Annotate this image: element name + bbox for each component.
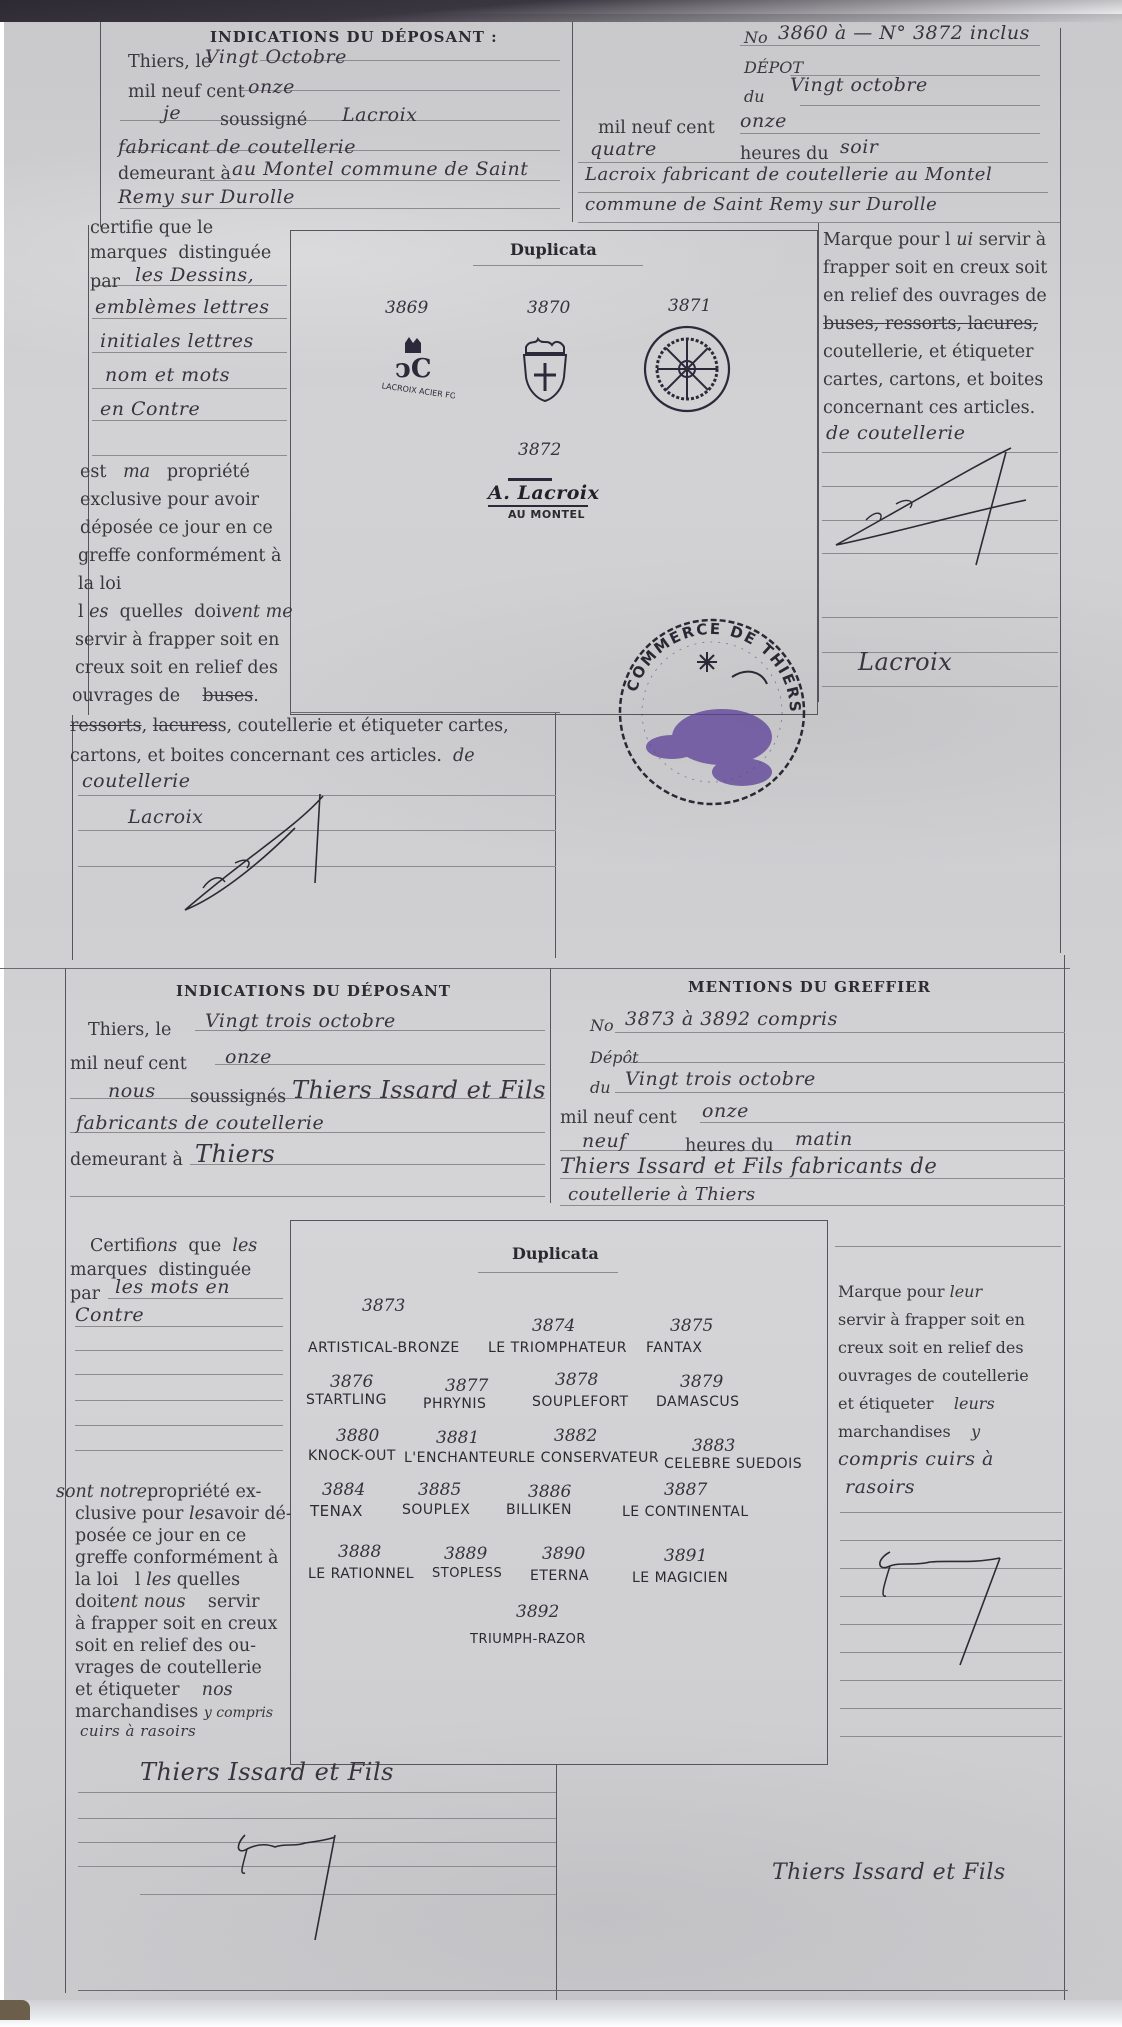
mark-number: 3888	[338, 1542, 381, 1562]
year-handwritten: onze	[225, 1046, 272, 1068]
form-line	[840, 1540, 1062, 1541]
property-line-3: déposée ce jour en ce	[80, 518, 273, 538]
form-line	[560, 1150, 1065, 1151]
mark-label: TRIUMPH-RAZOR	[470, 1632, 586, 1647]
depositor-heading: INDICATIONS DU DÉPOSANT :	[210, 28, 498, 46]
depositor-signature: Lacroix	[858, 648, 952, 676]
form-line	[75, 1425, 283, 1426]
by-handwritten-3: initiales lettres	[100, 330, 254, 352]
mark-label: TENAX	[310, 1502, 363, 1520]
residence-handwritten: au Montel commune de Saint	[232, 158, 528, 180]
property-line-4: greffe conformément à	[78, 546, 281, 566]
form-line	[822, 486, 1058, 487]
purpose-handwritten-end: de coutellerie	[826, 422, 965, 444]
coutellerie-handwritten: coutellerie	[82, 770, 191, 792]
pronoun-handwritten: je	[163, 102, 181, 124]
purpose-line: cartes, cartons, et boites	[823, 370, 1043, 390]
place-label: Thiers, le	[88, 1020, 171, 1040]
frame-line	[100, 22, 101, 227]
residence-label: demeurant à	[118, 164, 231, 184]
mark-label: LE TRIOMPHATEUR	[488, 1340, 627, 1356]
form-line	[78, 1792, 556, 1793]
form-line	[75, 1326, 283, 1327]
mark-number: 3886	[528, 1482, 571, 1502]
mark-number: 3884	[322, 1480, 365, 1500]
articles-line-2: cartons, et boites concernant ces articl…	[70, 746, 475, 766]
year-label: mil neuf cent	[560, 1108, 677, 1128]
mark-label: ETERNA	[530, 1568, 589, 1584]
form-line	[78, 1990, 1068, 1991]
mark-number: 3889	[444, 1544, 487, 1564]
form-line	[75, 1374, 283, 1375]
mark-number: 3875	[670, 1316, 713, 1336]
year-handwritten: onze	[248, 76, 295, 98]
mark-number: 3887	[664, 1480, 707, 1500]
number-handwritten: 3860 à — N° 3872 inclus	[778, 22, 1030, 44]
form-line	[560, 1205, 1065, 1206]
mark-number: 3880	[336, 1426, 379, 1446]
form-line	[120, 120, 560, 121]
form-line	[840, 1512, 1062, 1513]
nameplate-underline	[488, 505, 588, 507]
duplicata-title: Duplicata	[512, 1244, 599, 1263]
number-handwritten: 3873 à 3892 compris	[625, 1008, 838, 1030]
hour-label: heures du	[685, 1136, 774, 1156]
form-line	[75, 1350, 283, 1351]
form-line	[822, 520, 1058, 521]
purpose-line: creux soit en relief des	[838, 1338, 1024, 1358]
hour-period-handwritten: soir	[840, 136, 878, 158]
by-handwritten-1: les Dessins,	[135, 264, 254, 286]
frame-line	[1060, 28, 1061, 953]
mark-number: 3870	[527, 298, 570, 318]
property-line-9: ouvrages de buses.	[72, 686, 259, 706]
nameplate-sub: AU MONTEL	[508, 508, 585, 521]
depositor-signature: Lacroix	[128, 806, 203, 828]
page-bottom-edge	[0, 2000, 1122, 2027]
profession-handwritten: fabricant de coutellerie	[118, 136, 356, 158]
pronoun-handwritten: nous	[108, 1080, 156, 1102]
form-line	[578, 192, 1048, 193]
form-line	[120, 208, 560, 209]
residence-handwritten-2: Remy sur Durolle	[118, 186, 295, 208]
certify-label: Certifions que les	[90, 1236, 257, 1256]
by-handwritten: les mots en	[115, 1276, 230, 1298]
mark-number: 3879	[680, 1372, 723, 1392]
form-line	[92, 388, 287, 389]
frame-line	[65, 968, 66, 1993]
property-line-3: posée ce jour en ce	[75, 1526, 246, 1546]
mark-label: STARTLING	[306, 1392, 387, 1408]
mark-label: LE CONSERVATEUR	[518, 1450, 659, 1466]
mark-label: ARTISTICAL-BRONZE	[308, 1340, 460, 1356]
clerk-heading: MENTIONS DU GREFFIER	[688, 978, 931, 996]
purpose-label: Marque pour leur	[838, 1282, 982, 1302]
deposit-date-handwritten: Vingt trois octobre	[625, 1068, 816, 1090]
end-handwritten-1: compris cuirs à	[838, 1448, 994, 1470]
depositor-name-handwritten: Lacroix	[342, 104, 417, 126]
purpose-line: servir à frapper soit en	[838, 1310, 1025, 1330]
property-line-7: à frapper soit en creux	[75, 1614, 278, 1634]
profession-handwritten: fabricants de coutellerie	[76, 1112, 324, 1134]
date-handwritten: Vingt trois octobre	[205, 1010, 396, 1032]
form-line	[840, 1708, 1062, 1709]
articles-line-1: ressorts, lacuress, coutellerie et étiqu…	[70, 716, 509, 736]
form-line	[92, 318, 287, 319]
property-line-8: creux soit en relief des	[75, 658, 278, 678]
mark-number: 3882	[554, 1426, 597, 1446]
property-line-11: marchandises y compris	[75, 1702, 273, 1723]
mark-label: FANTAX	[646, 1340, 702, 1356]
form-line	[108, 1298, 283, 1299]
form-line	[78, 795, 556, 796]
property-line-5: la loi	[78, 574, 121, 594]
form-line	[822, 553, 1058, 554]
mark-number: 3877	[445, 1376, 488, 1396]
number-label: No	[590, 1016, 614, 1036]
hour-label: heures du	[740, 144, 829, 164]
property-line-7: servir à frapper soit en	[75, 630, 279, 650]
form-line	[75, 1450, 283, 1451]
mark-number: 3891	[664, 1546, 707, 1566]
year-label: mil neuf cent	[128, 82, 245, 102]
frame-line	[550, 968, 551, 1203]
depositor-handwritten-2: commune de Saint Remy sur Durolle	[585, 194, 937, 215]
form-line	[700, 1122, 1065, 1123]
mark-number: 3883	[692, 1436, 735, 1456]
residence-handwritten: Thiers	[195, 1140, 275, 1168]
mark-number: 3872	[518, 440, 561, 460]
frame-line	[555, 713, 556, 958]
depositor-signature: Thiers Issard et Fils	[772, 1860, 1006, 1885]
undersigned-label: soussignés	[190, 1087, 286, 1107]
depositor-signature: Thiers Issard et Fils	[140, 1758, 394, 1786]
form-line	[75, 1400, 283, 1401]
form-line	[200, 180, 560, 181]
by-label: par	[70, 1284, 100, 1304]
property-line-2: clusive pour lesavoir dé-	[75, 1504, 292, 1524]
form-line	[822, 686, 1058, 687]
form-line	[78, 1842, 556, 1843]
duplicata-title: Duplicata	[510, 240, 597, 259]
hour-period-handwritten: matin	[795, 1128, 853, 1150]
depositor-name-handwritten: Thiers Issard et Fils	[292, 1076, 546, 1104]
by-label: par	[90, 272, 120, 292]
title-underline	[478, 1272, 618, 1273]
title-underline	[473, 265, 643, 266]
form-line	[92, 455, 287, 456]
binding-tab	[0, 2000, 30, 2020]
property-line-9: vrages de coutellerie	[75, 1658, 262, 1678]
form-line	[140, 1894, 556, 1895]
end-handwritten: cuirs à rasoirs	[80, 1722, 196, 1740]
deposit-date-handwritten: Vingt octobre	[790, 74, 928, 96]
by-handwritten-5: en Contre	[100, 398, 200, 420]
purpose-line: ouvrages de coutellerie	[838, 1366, 1029, 1386]
mark-number: 3873	[362, 1296, 405, 1316]
frame-line	[556, 1765, 557, 2000]
section-divider	[0, 968, 1070, 969]
mark-label: LE MAGICIEN	[632, 1570, 728, 1586]
form-line	[615, 1032, 1065, 1033]
year-label: mil neuf cent	[70, 1054, 187, 1074]
hour-handwritten: neuf	[582, 1130, 627, 1152]
form-line	[822, 617, 1058, 618]
marks-label: marques distinguée	[90, 243, 271, 263]
form-line	[78, 1818, 556, 1819]
year-label: mil neuf cent	[598, 118, 715, 138]
mark-number: 3881	[436, 1428, 479, 1448]
purpose-line: concernant ces articles.	[823, 398, 1035, 418]
of-label: du	[744, 87, 765, 107]
form-line	[822, 452, 1058, 453]
purpose-line: en relief des ouvrages de	[823, 286, 1047, 306]
mark-label: LE RATIONNEL	[308, 1566, 414, 1582]
form-line	[615, 1092, 1065, 1093]
form-line	[560, 1178, 1065, 1179]
number-label: No	[744, 28, 768, 48]
depositor-handwritten-1: Lacroix fabricant de coutellerie au Mont…	[585, 164, 992, 185]
form-line	[840, 1736, 1062, 1737]
property-line-1: est ma propriété	[80, 462, 250, 482]
form-line	[840, 1680, 1062, 1681]
depositor-handwritten-1: Thiers Issard et Fils fabricants de	[560, 1154, 937, 1178]
form-line	[78, 830, 556, 831]
place-label: Thiers, le	[128, 52, 211, 72]
form-line	[92, 420, 287, 421]
by-handwritten-4: nom et mots	[105, 364, 230, 386]
mark-number: 3876	[330, 1372, 373, 1392]
mark-number: 3869	[385, 298, 428, 318]
form-line	[578, 222, 1060, 223]
property-line-8: soit en relief des ou-	[75, 1636, 256, 1656]
form-line	[740, 133, 1040, 134]
mark-number: 3885	[418, 1480, 461, 1500]
residence-label: demeurant à	[70, 1150, 183, 1170]
by-handwritten-2: Contre	[75, 1304, 144, 1326]
frame-line	[1064, 955, 1065, 2000]
property-line-2: exclusive pour avoir	[80, 490, 259, 510]
mark-label: STOPLESS	[432, 1566, 502, 1581]
purpose-line: frapper soit en creux soit	[823, 258, 1047, 278]
date-handwritten: Vingt Octobre	[205, 46, 347, 68]
form-line	[800, 105, 1040, 106]
mark-label: L'ENCHANTEUR	[404, 1450, 519, 1466]
purpose-line: et étiqueter leurs	[838, 1394, 995, 1414]
deposit-label: Dépôt	[590, 1048, 639, 1068]
mark-label: CELEBRE SUEDOIS	[664, 1456, 802, 1472]
mark-label: SOUPLEFORT	[532, 1394, 629, 1410]
nameplate-rule	[508, 478, 552, 481]
purpose-line: marchandises y	[838, 1422, 980, 1442]
form-line	[740, 45, 1040, 46]
depositor-handwritten-2: coutellerie à Thiers	[568, 1184, 756, 1205]
property-line-6: doitent nous servir	[75, 1592, 259, 1612]
form-line	[78, 866, 556, 867]
purpose-label: Marque pour l ui servir à	[823, 230, 1046, 250]
mark-number: 3871	[668, 296, 711, 316]
depositor-heading: INDICATIONS DU DÉPOSANT	[176, 982, 451, 1000]
mark-number: 3874	[532, 1316, 575, 1336]
form-line	[70, 1196, 545, 1197]
year-handwritten: onze	[702, 1100, 749, 1122]
form-line	[290, 712, 560, 713]
property-line-5: la loi l les quelles	[75, 1570, 240, 1590]
form-line	[840, 1652, 1062, 1653]
undersigned-label: soussigné	[220, 110, 307, 130]
property-line-1: sont notrepropriété ex-	[56, 1482, 261, 1502]
year-handwritten: onze	[740, 110, 787, 132]
mark-label: LE CONTINENTAL	[622, 1504, 749, 1520]
form-line	[92, 352, 287, 353]
certify-label: certifie que le	[90, 218, 213, 238]
form-line	[630, 1062, 1065, 1063]
mark-label: PHRYNIS	[423, 1396, 486, 1412]
nameplate-script: A. Lacroix	[488, 482, 599, 504]
form-line	[840, 1568, 1062, 1569]
form-line	[840, 1624, 1062, 1625]
purpose-line-struck: buses, ressorts, lacures,	[823, 314, 1038, 334]
form-line	[840, 1596, 1062, 1597]
hour-handwritten: quatre	[590, 138, 657, 160]
frame-line	[818, 222, 819, 702]
frame-line	[572, 22, 573, 222]
end-handwritten-2: rasoirs	[845, 1476, 915, 1498]
mark-number: 3892	[516, 1602, 559, 1622]
mark-label: DAMASCUS	[656, 1394, 740, 1410]
property-line-6: l es quelles doivent me	[78, 602, 293, 622]
of-label: du	[590, 1078, 611, 1098]
page-top-shadow	[0, 0, 1122, 22]
mark-number: 3878	[555, 1370, 598, 1390]
property-line-4: greffe conformément à	[75, 1548, 278, 1568]
by-handwritten-2: emblèmes lettres	[95, 296, 269, 318]
form-line	[78, 1866, 556, 1867]
mark-label: SOUPLEX	[402, 1502, 470, 1518]
mark-number: 3890	[542, 1544, 585, 1564]
mark-label: KNOCK-OUT	[308, 1448, 396, 1464]
property-line-10: et étiqueter nos	[75, 1680, 233, 1700]
mark-label: BILLIKEN	[506, 1502, 572, 1518]
purpose-line: coutellerie, et étiqueter	[823, 342, 1034, 362]
form-line	[835, 1246, 1061, 1247]
